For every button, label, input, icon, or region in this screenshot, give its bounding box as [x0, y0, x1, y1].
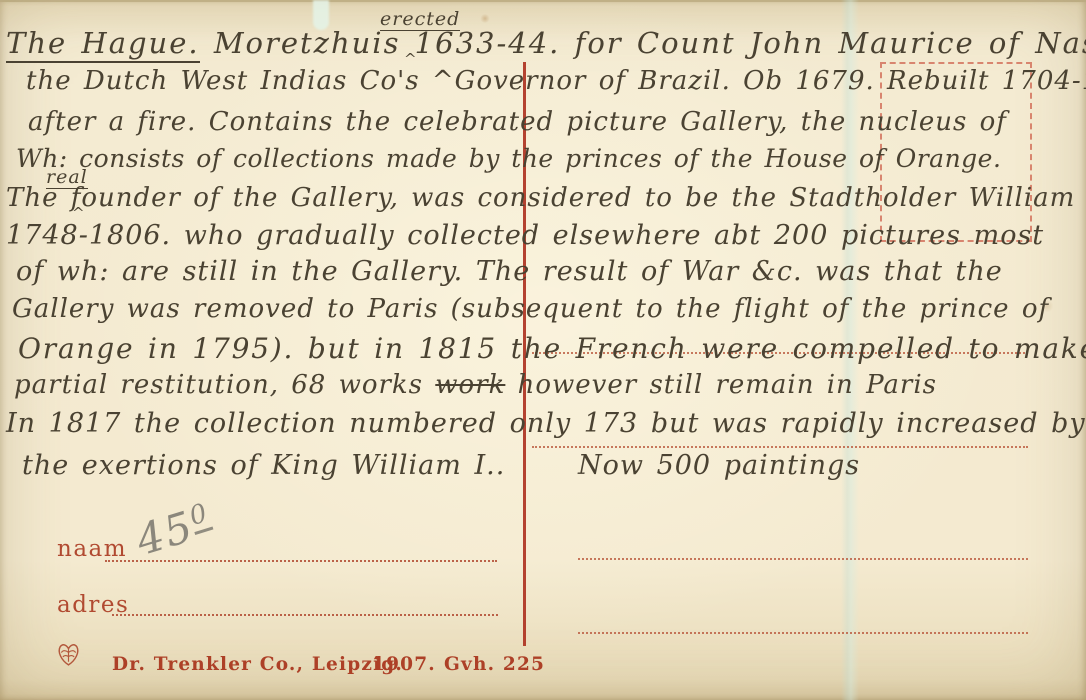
address-dotted-line: [578, 558, 1028, 560]
handwriting-line: The founder of the Gallery, was consider…: [6, 183, 1086, 213]
handwriting-line: partial restitution, 68 works work howev…: [14, 370, 937, 400]
handwriting-line: of wh: are still in the Gallery. The res…: [16, 256, 1003, 287]
publisher-text: Dr. Trenkler Co., Leipzig.: [112, 654, 403, 675]
handwriting-line: In 1817 the collection numbered only 173…: [6, 408, 1086, 439]
foxing-spot: [480, 14, 490, 23]
handwriting-line: 1748-1806. who gradually collected elsew…: [6, 220, 1044, 251]
address-dotted-line-left: [112, 590, 498, 616]
address-dotted-line: [532, 446, 1028, 448]
handwriting-line: the exertions of King William I..: [22, 450, 505, 481]
address-label: adres: [57, 592, 129, 618]
place-title: The Hague.: [6, 26, 200, 63]
year-text: 1907.: [372, 654, 436, 675]
code-text: Gvh. 225: [444, 654, 545, 675]
trenkler-logo-icon: [55, 641, 82, 668]
struck-word: work: [435, 370, 505, 400]
handwriting-line: Orange in 1795). but in 1815 the French …: [18, 332, 1086, 365]
handwriting-line: The Hague. Moretzhuis 1633-44. for Count…: [6, 26, 1086, 60]
publisher-footer: Dr. Trenkler Co., Leipzig. 1907. Gvh. 22…: [0, 638, 540, 684]
handwriting-line: after a fire. Contains the celebrated pi…: [28, 107, 1007, 137]
handwriting-line: the Dutch West Indias Co's ^Governor of …: [26, 66, 1086, 96]
handwriting-line: Wh: consists of collections made by the …: [16, 144, 1001, 173]
name-label: naam: [57, 536, 127, 562]
postcard-back: erected ^ The Hague. Moretzhuis 1633-44.…: [0, 0, 1086, 700]
address-dotted-line: [578, 632, 1028, 634]
handwriting-line: Gallery was removed to Paris (subsequent…: [12, 294, 1049, 324]
handwriting-line: Now 500 paintings: [578, 450, 860, 481]
